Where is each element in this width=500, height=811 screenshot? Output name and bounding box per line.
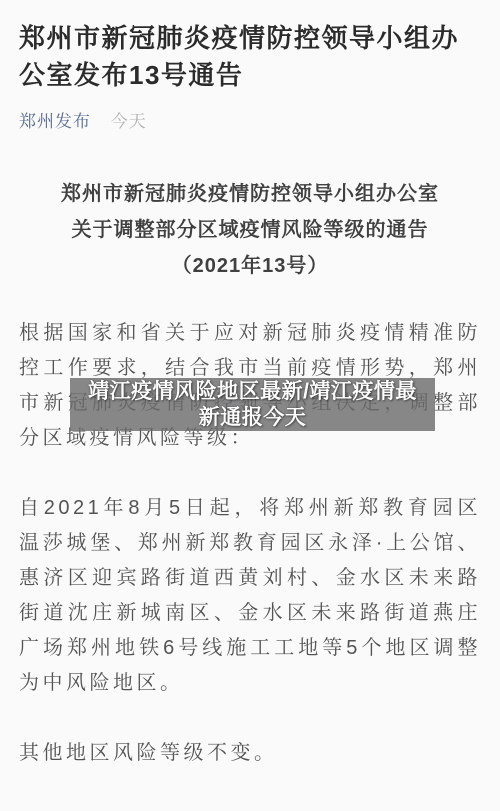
publish-time: 今天	[111, 112, 147, 131]
body-paragraph: 自2021年8月5日起，将郑州新郑教育园区温莎城堡、郑州新郑教育园区永泽·上公馆…	[19, 491, 481, 701]
watermark-line-2: 新通报今天	[70, 405, 435, 431]
body-paragraph: 其他地区风险等级不变。	[19, 736, 481, 771]
watermark-line-1: 靖江疫情风险地区最新/靖江疫情最	[70, 379, 435, 405]
notice-heading: 郑州市新冠肺炎疫情防控领导小组办公室 关于调整部分区域疫情风险等级的通告 （20…	[19, 176, 481, 284]
notice-heading-line-2: 关于调整部分区域疫情风险等级的通告	[19, 212, 481, 248]
notice-heading-line-1: 郑州市新冠肺炎疫情防控领导小组办公室	[19, 176, 481, 212]
byline: 郑州发布 今天	[19, 110, 481, 134]
source-account-link[interactable]: 郑州发布	[19, 112, 91, 131]
watermark-overlay: 靖江疫情风险地区最新/靖江疫情最 新通报今天	[70, 378, 435, 431]
article-title: 郑州市新冠肺炎疫情防控领导小组办公室发布13号通告	[19, 20, 481, 94]
article-page: { "article": { "title": "郑州市新冠肺炎疫情防控领导小组…	[0, 0, 500, 811]
notice-heading-line-3: （2021年13号）	[19, 248, 481, 284]
